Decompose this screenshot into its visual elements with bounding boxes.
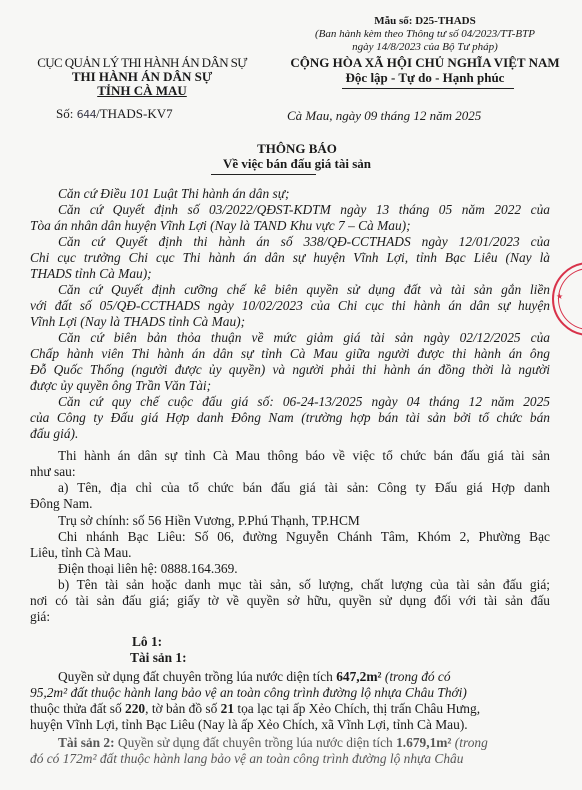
body-line: Căn cứ Điều 101 Luật Thi hành án dân sự;: [30, 186, 550, 202]
doc-number-label: Số:: [56, 106, 73, 121]
body-line: giá:: [30, 609, 550, 625]
body-line: Chấp hành viên Thi hành án dân sự tỉnh C…: [30, 346, 550, 362]
notice-title: THÔNG BÁO: [0, 141, 582, 157]
asset-1-label: Tài sản 1:: [74, 650, 582, 666]
body-line: như sau:: [30, 464, 550, 480]
body-line: Căn cứ biên bản thỏa thuận về mức giảm g…: [30, 330, 550, 346]
asset-1-parcel-prefix: thuộc thửa đất số: [30, 701, 125, 716]
body-line: được ủy quyền ông Trần Văn Tài;: [30, 378, 550, 394]
body-line: Chi nhánh Bạc Liêu: Số 06, đường Nguyễn …: [30, 529, 550, 545]
body-line: Tòa án nhân dân huyện Vĩnh Lợi (Nay là T…: [30, 218, 550, 234]
seal-star-icon: ★: [556, 292, 563, 301]
body-line: Đỗ Quốc Thống (người được ủy quyền) và n…: [30, 362, 550, 378]
body-line: Vĩnh Lợi (Nay là THADS tỉnh Cà Mau);: [30, 314, 550, 330]
agency-name-2: TỈNH CÀ MAU: [0, 83, 284, 99]
body-line: nơi có tài sản đấu giá; giấy tờ về quyền…: [30, 593, 550, 609]
body-line: Liêu, tỉnh Cà Mau.: [30, 545, 550, 561]
asset-2-area: 1.679,1m²: [396, 735, 451, 750]
asset-2-text: Quyền sử dụng đất chuyên trồng lúa nước …: [115, 735, 397, 750]
asset-1-parcel: 220: [125, 701, 145, 716]
body-line: Trụ sở chính: số 56 Hiền Vương, P.Phú Th…: [30, 513, 550, 529]
country-name: CỘNG HÒA XÃ HỘI CHỦ NGHĨA VIỆT NAM: [268, 55, 582, 71]
body-line: Căn cứ quy chế cuộc đấu giá số: 06-24-13…: [30, 394, 550, 410]
body-line: THADS tỉnh Cà Mau);: [30, 266, 550, 282]
motto: Độc lập - Tự do - Hạnh phúc: [268, 70, 582, 86]
body-line: Thi hành án dân sự tỉnh Cà Mau thông báo…: [30, 448, 550, 464]
form-note-2: ngày 14/8/2023 của Bộ Tư pháp): [268, 41, 582, 53]
body-line: Chi cục trưởng Chi cục Thi hành án dân s…: [30, 250, 550, 266]
asset-2-line-1: Tài sản 2: Quyền sử dụng đất chuyên trồn…: [30, 735, 550, 751]
notice-subtitle: Về việc bán đấu giá tài sản: [0, 156, 582, 172]
asset-2-label: Tài sản 2:: [58, 735, 115, 750]
asset-2-line-2: đó có 172m² đất thuộc hành lang bảo vệ a…: [30, 751, 550, 767]
body-line: Điện thoại liên hệ: 0888.164.369.: [30, 561, 550, 577]
body-line: Đông Nam.: [30, 496, 550, 512]
asset-1-line-4: huyện Vĩnh Lợi, tỉnh Bạc Liêu (Nay là ấp…: [30, 717, 550, 733]
body-line: Căn cứ Quyết định thi hành án số 338/QĐ-…: [30, 234, 550, 250]
document-page: Mẫu số: D25-THADS (Ban hành kèm theo Thô…: [0, 0, 582, 790]
form-code: Mẫu số: D25-THADS: [268, 15, 582, 27]
body-line: với đất số 05/QĐ-CCTHADS ngày 10/02/2023…: [30, 298, 550, 314]
body-line: a) Tên, địa chỉ của tổ chức bán đấu giá …: [30, 480, 550, 496]
asset-1-line-3: thuộc thửa đất số 220, tờ bản đồ số 21 t…: [30, 701, 550, 717]
body-line: đấu giá).: [30, 426, 550, 442]
lot-label: Lô 1:: [74, 634, 582, 650]
asset-1-text: Quyền sử dụng đất chuyên trồng lúa nước …: [58, 669, 336, 684]
asset-1-line-1: Quyền sử dụng đất chuyên trồng lúa nước …: [30, 669, 550, 685]
asset-1-map-prefix: , tờ bản đồ số: [145, 701, 221, 716]
asset-1-line-2: 95,2m² đất thuộc hành lang bảo vệ an toà…: [30, 685, 550, 701]
agency-name-2-text: TỈNH CÀ MAU: [97, 83, 187, 98]
form-note-1: (Ban hành kèm theo Thông tư số 04/2023/T…: [268, 28, 582, 40]
body-line: Căn cứ Quyết định số 03/2022/QĐST-KDTM n…: [30, 202, 550, 218]
title-underline: [211, 174, 316, 175]
asset-1-location: tọa lạc tại ấp Xẻo Chích, thị trấn Châu …: [234, 701, 480, 716]
asset-2-note-start: (trong: [451, 735, 487, 750]
asset-1-area: 647,2m²: [336, 669, 381, 684]
body-line: b) Tên tài sản hoặc danh mục tài sản, số…: [30, 577, 550, 593]
doc-number: Số: 644/THADS-KV7: [56, 106, 173, 122]
asset-1-note-start: (trong đó có: [382, 669, 451, 684]
body-line: của Công ty Đấu giá Hợp danh Đông Nam (t…: [30, 410, 550, 426]
place-date: Cà Mau, ngày 09 tháng 12 năm 2025: [287, 108, 481, 124]
body-line: Căn cứ Quyết định cưỡng chế kê biên quyề…: [30, 282, 550, 298]
doc-number-handwritten: 644: [77, 108, 97, 121]
motto-underline: [342, 88, 514, 89]
doc-number-suffix: /THADS-KV7: [96, 106, 173, 121]
asset-1-map: 21: [221, 701, 234, 716]
